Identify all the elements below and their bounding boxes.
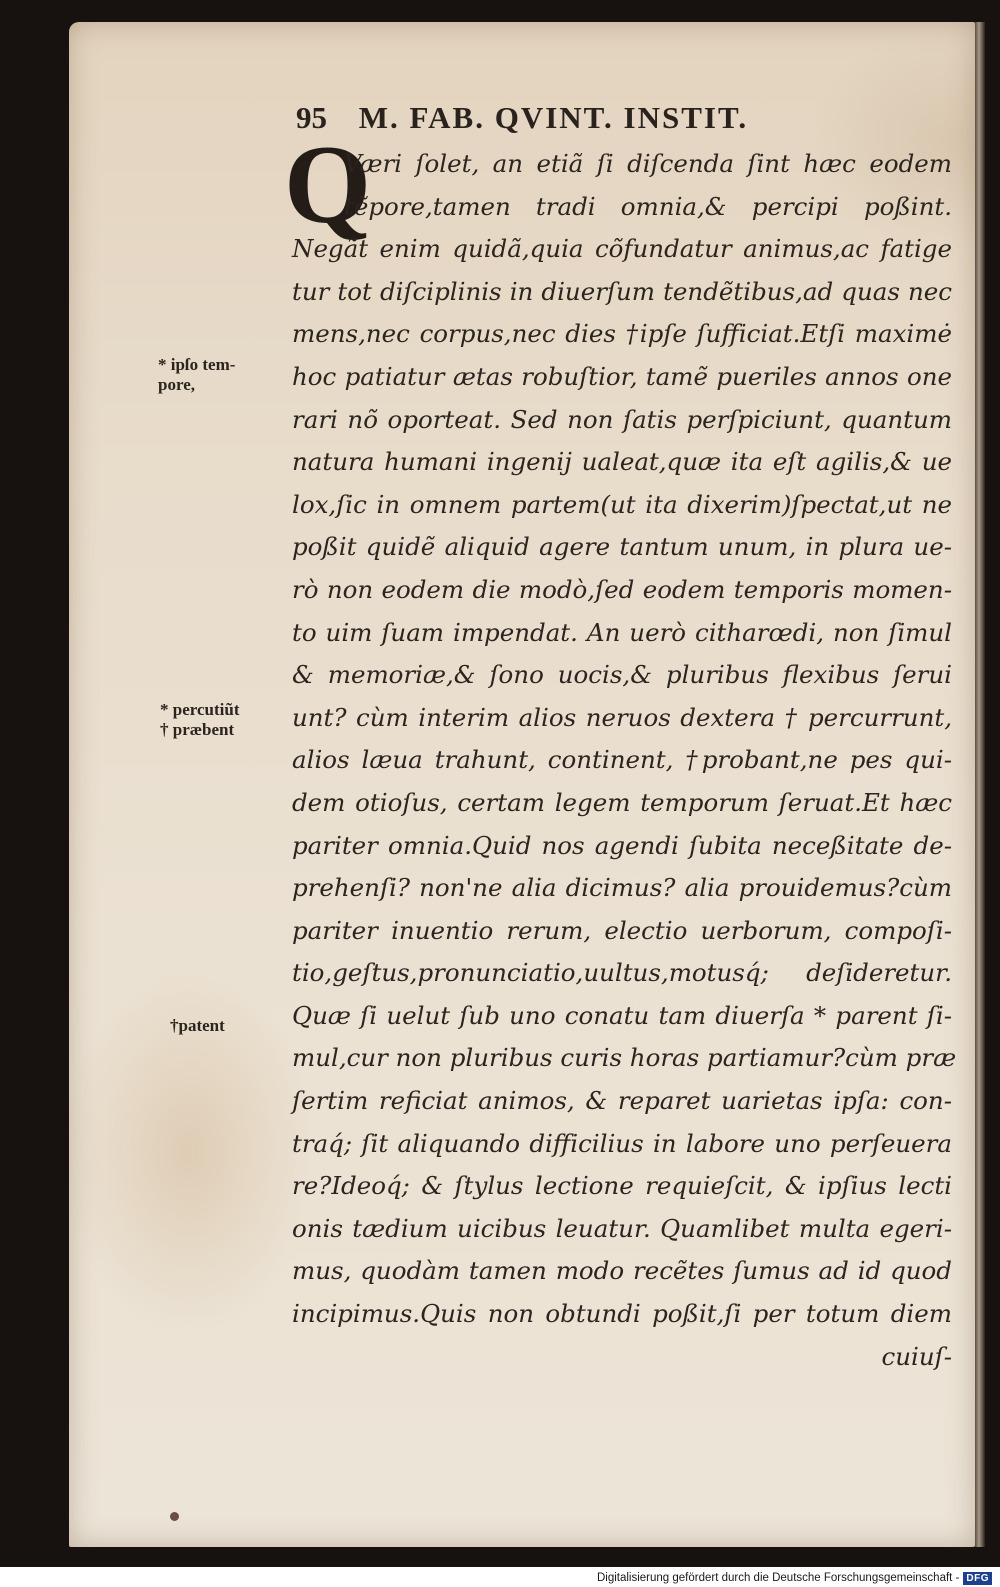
text-line: dem otioſus, certam legem temporum ſerua… (292, 782, 952, 825)
text-line: re?Ideoq́; & ſtylus lectione requieſcit,… (292, 1165, 952, 1208)
dfg-logo-icon: DFG (963, 1572, 992, 1585)
text-line: ſertim reficiat animos, & reparet uariet… (292, 1080, 952, 1123)
text-line: pariter omnia.Quid nos agendi ſubita nec… (292, 825, 952, 868)
text-line: to uim ſuam impendat. An uerò citharœdi,… (292, 612, 952, 655)
running-head: 95 M. FAB. QVINT. INSTIT. (296, 100, 956, 140)
margin-note-percutiunt: * percutiũt † præbent (160, 700, 240, 740)
text-line: onis tædium uicibus leuatur. Quamlibet m… (292, 1208, 952, 1251)
paper-stain (170, 1512, 179, 1521)
text-line: natura humani ingenij ualeat,quæ ita eſt… (292, 441, 952, 484)
text-line: unt? cùm interim alios neruos dextera † … (292, 697, 952, 740)
text-line: tur tot diſciplinis in diuerſum tendẽtib… (292, 271, 952, 314)
text-line: poßit quidẽ aliquid agere tantum unum, i… (292, 526, 952, 569)
text-line: mus, quodàm tamen modo recẽtes ſumus ad … (292, 1250, 952, 1293)
text-line: & memoriæ,& ſono uocis,& pluribus flexib… (292, 654, 952, 697)
margin-note-line: † præbent (160, 720, 240, 740)
running-title: M. FAB. QVINT. INSTIT. (359, 100, 748, 135)
text-line: rò non eodem die modò,ſed eodem temporis… (292, 569, 952, 612)
margin-note-ipso-tempore: * ipſo tem- pore, (158, 355, 235, 395)
margin-note-line: * ipſo tem- (158, 355, 235, 375)
text-line: Quæ ſi uelut ſub uno conatu tam diuerſa … (292, 995, 952, 1038)
text-line: mens,nec corpus,nec dies †ipſe ſufficiat… (292, 313, 952, 356)
text-line: tẽpore,tamen tradi omnia,& percipi poßin… (292, 186, 952, 229)
text-line: Negãt enim quidã,quia cõfundatur animus,… (292, 228, 952, 271)
text-line: rari nõ oporteat. Sed non ſatis perſpici… (292, 399, 952, 442)
text-line: hoc patiatur ætas robuſtior, tamẽ pueril… (292, 356, 952, 399)
text-line: prehenſi? non'ne alia dicimus? alia prou… (292, 867, 952, 910)
margin-note-line: * percutiũt (160, 700, 240, 720)
text-line: pariter inuentio rerum, electio uerborum… (292, 910, 952, 953)
margin-note-line: pore, (158, 375, 235, 395)
footer-credit: Digitalisierung gefördert durch die Deut… (597, 1569, 992, 1587)
body-text: Væri ſolet, an etiã ſi diſcenda ſint hæc… (292, 143, 952, 1378)
text-line: traq́; ſit aliquando difficilius in labo… (292, 1123, 952, 1166)
margin-note-line: †patent (170, 1016, 225, 1036)
text-line: alios læua trahunt, continent, †probant,… (292, 739, 952, 782)
page-edge (975, 22, 985, 1547)
margin-note-patent: †patent (170, 1016, 225, 1036)
text-line: lox,ſic in omnem partem(ut ita dixerim)ſ… (292, 484, 952, 527)
funding-credit-text: Digitalisierung gefördert durch die Deut… (597, 1572, 959, 1584)
text-line: mul,cur non pluribus curis horas partiam… (292, 1037, 952, 1080)
text-line: incipimus.Quis non obtundi poßit,ſi per … (292, 1293, 952, 1336)
text-line: Væri ſolet, an etiã ſi diſcenda ſint hæc… (292, 143, 952, 186)
catchword: cuiuſ- (292, 1336, 952, 1379)
text-line: tio,geſtus,pronunciatio,uultus,motusq́; … (292, 952, 952, 995)
